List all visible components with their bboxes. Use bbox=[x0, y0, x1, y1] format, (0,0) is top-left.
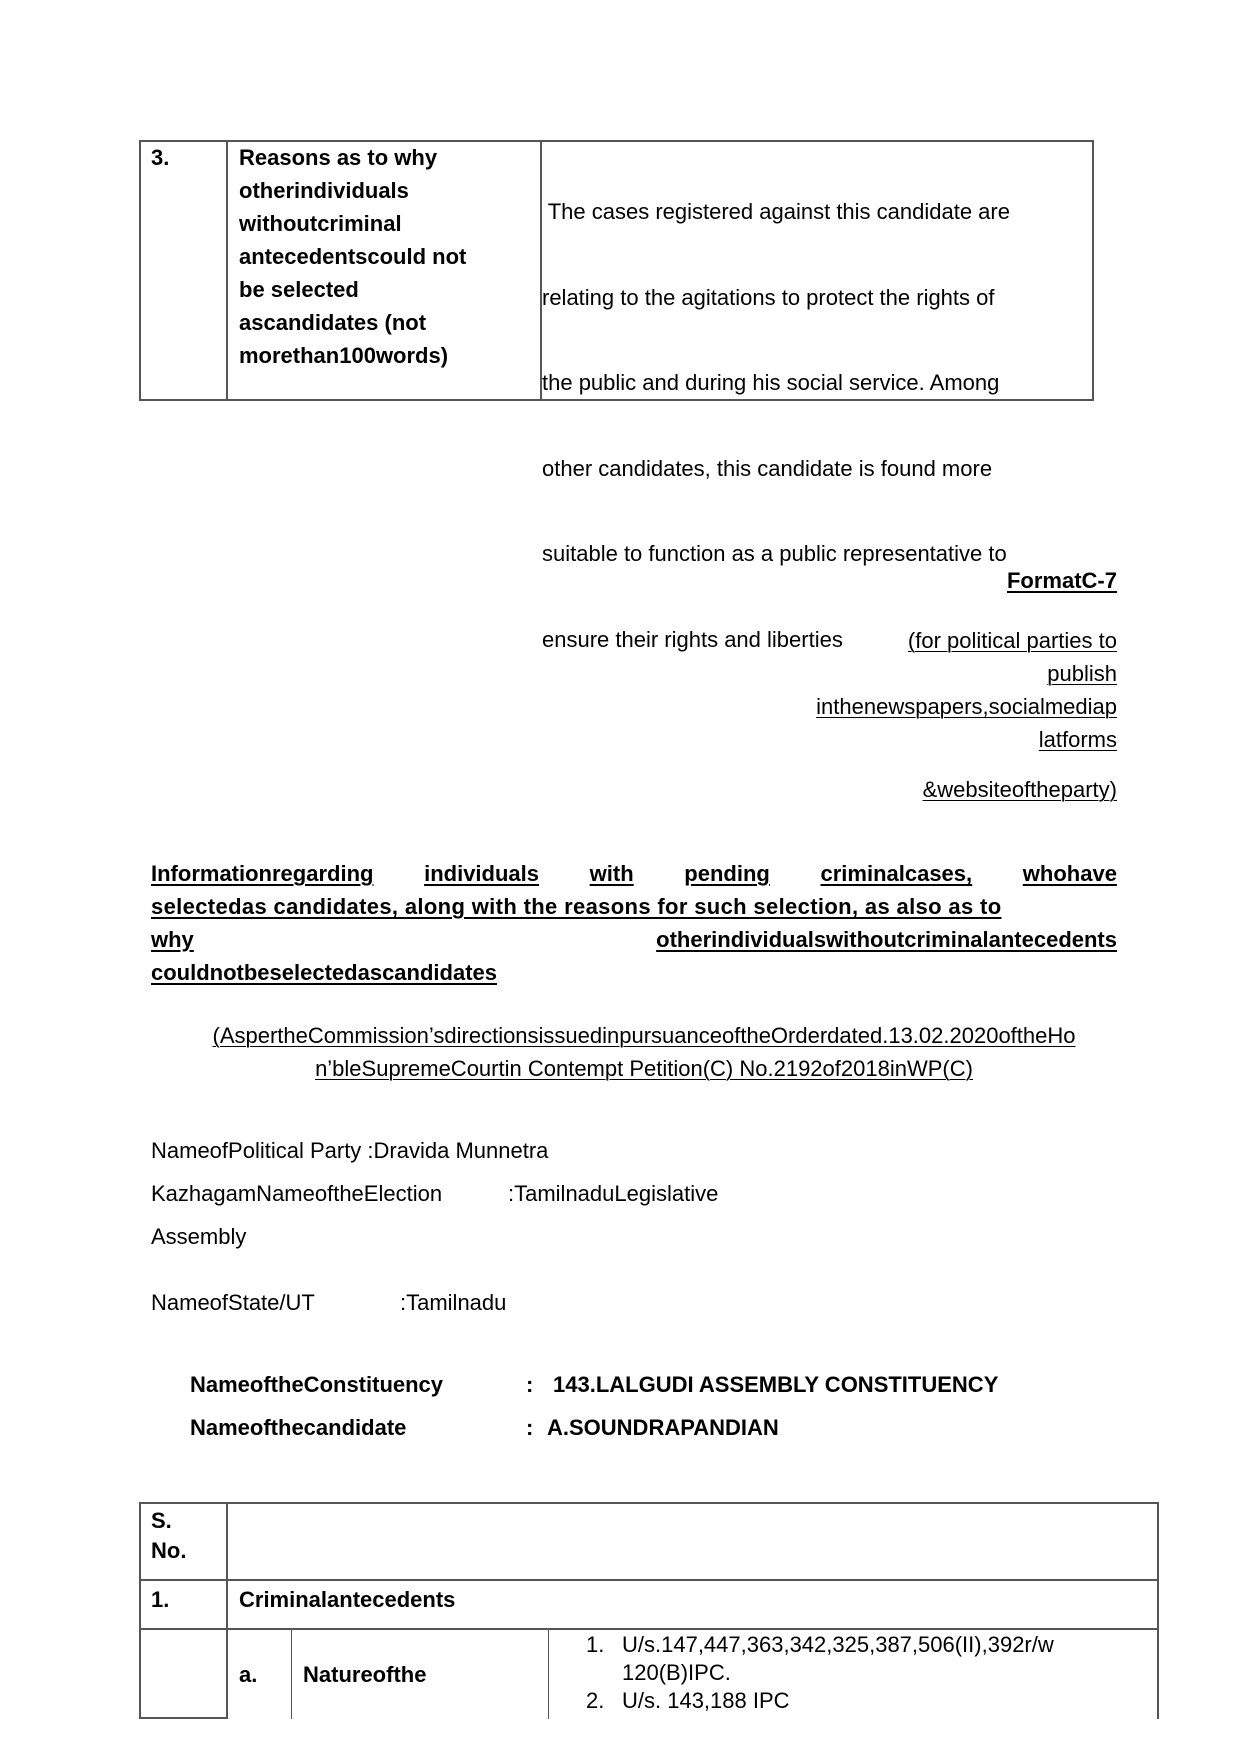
entry-line: U/s. 143,188 IPC bbox=[622, 1687, 1156, 1715]
candidate-separator: : bbox=[526, 1413, 533, 1442]
offence-list: 1. U/s.147,447,363,342,325,387,506(II),3… bbox=[586, 1631, 1156, 1715]
value-line: the public and during his social service… bbox=[542, 369, 1090, 398]
heading-word: with bbox=[590, 857, 634, 890]
section-serial-number: 1. bbox=[151, 1583, 169, 1616]
label-line: antecedentscould not bbox=[239, 240, 534, 273]
label-line: otherindividuals bbox=[239, 174, 534, 207]
label-line: morethan100words) bbox=[239, 339, 534, 372]
election-name-label: KazhagamNameoftheElection bbox=[151, 1179, 442, 1208]
heading-line: selectedas candidates, along with the re… bbox=[151, 890, 1117, 923]
label-line: withoutcriminal bbox=[239, 207, 534, 240]
constituency-label: NameoftheConstituency bbox=[190, 1370, 443, 1399]
value-line: The cases registered against this candid… bbox=[542, 198, 1090, 227]
table-row-divider bbox=[139, 1579, 1159, 1581]
citation-line: n’bleSupremeCourtin Contempt Petition(C)… bbox=[315, 1056, 973, 1081]
label-line: be selected bbox=[239, 273, 534, 306]
entry-line: 120(B)IPC. bbox=[622, 1659, 1156, 1687]
heading-line: Informationregarding individuals with pe… bbox=[151, 857, 1117, 890]
heading-word: Informationregarding bbox=[151, 857, 373, 890]
item-letter: a. bbox=[239, 1658, 257, 1691]
reasons-label: Reasons as to why otherindividuals witho… bbox=[239, 141, 534, 372]
format-subtitle: (for political parties to publish inthen… bbox=[816, 624, 1117, 806]
heading-line: couldnotbeselectedascandidates bbox=[151, 960, 497, 985]
sno-header-line: No. bbox=[151, 1536, 186, 1566]
heading-word: criminalcases, bbox=[820, 857, 972, 890]
table-divider bbox=[548, 1629, 549, 1719]
subtitle-line: (for political parties to bbox=[908, 628, 1117, 653]
heading-word: pending bbox=[684, 857, 770, 890]
label-line: ascandidates (not bbox=[239, 306, 534, 339]
value-line: suitable to function as a public represe… bbox=[542, 540, 1090, 569]
format-title: FormatC-7 bbox=[1007, 568, 1117, 593]
table-border-left bbox=[139, 1502, 141, 1719]
election-name-value: :TamilnaduLegislative bbox=[508, 1179, 718, 1208]
heading-word: individuals bbox=[424, 857, 539, 890]
party-name-line: NameofPolitical Party :Dravida Munnetra bbox=[151, 1136, 548, 1165]
subtitle-line: publish bbox=[1047, 661, 1117, 686]
table-divider bbox=[226, 140, 228, 401]
entry-line: U/s.147,447,363,342,325,387,506(II),392r… bbox=[622, 1631, 1156, 1659]
format-header: FormatC-7 bbox=[1007, 568, 1117, 594]
offence-entry: 2. U/s. 143,188 IPC bbox=[586, 1687, 1156, 1715]
heading-word: otherindividualswithoutcriminalanteceden… bbox=[656, 923, 1117, 956]
heading-word: why bbox=[151, 923, 194, 956]
table-border-left bbox=[139, 140, 141, 401]
table-divider bbox=[291, 1629, 292, 1719]
information-heading: Informationregarding individuals with pe… bbox=[151, 857, 1117, 989]
election-name-continued: Assembly bbox=[151, 1222, 246, 1251]
subtitle-line: latforms bbox=[1039, 727, 1117, 752]
value-line: other candidates, this candidate is foun… bbox=[542, 455, 1090, 484]
candidate-value: A.SOUNDRAPANDIAN bbox=[547, 1413, 779, 1442]
entry-number: 1. bbox=[586, 1631, 604, 1659]
table-row-divider bbox=[139, 1628, 1159, 1630]
table-cell-bottom bbox=[139, 1717, 228, 1719]
state-label: NameofState/UT bbox=[151, 1288, 315, 1317]
label-line: Reasons as to why bbox=[239, 141, 534, 174]
citation-line: (AspertheCommission’sdirectionsissuedinp… bbox=[213, 1023, 1076, 1048]
sno-header-line: S. bbox=[151, 1506, 186, 1536]
subtitle-line: inthenewspapers,socialmediap bbox=[816, 694, 1117, 719]
sno-header: S. No. bbox=[151, 1506, 186, 1566]
constituency-value: 143.LALGUDI ASSEMBLY CONSTITUENCY bbox=[553, 1370, 998, 1399]
table-border-right bbox=[1092, 140, 1094, 401]
candidate-label: Nameofthecandidate bbox=[190, 1413, 406, 1442]
table-divider bbox=[226, 1502, 228, 1719]
table-border-top bbox=[139, 1502, 1159, 1504]
row-serial-number: 3. bbox=[151, 141, 169, 174]
item-label: Natureofthe bbox=[303, 1658, 426, 1691]
state-value: :Tamilnadu bbox=[400, 1288, 506, 1317]
value-line: relating to the agitations to protect th… bbox=[542, 284, 1090, 313]
heading-word: whohave bbox=[1023, 857, 1117, 890]
entry-number: 2. bbox=[586, 1687, 604, 1715]
citation: (AspertheCommission’sdirectionsissuedinp… bbox=[154, 1019, 1134, 1085]
constituency-separator: : bbox=[526, 1370, 533, 1399]
offence-entry: 1. U/s.147,447,363,342,325,387,506(II),3… bbox=[586, 1631, 1156, 1687]
table-border-right bbox=[1157, 1502, 1159, 1719]
subtitle-line: &websiteoftheparty) bbox=[923, 777, 1117, 802]
heading-line: why otherindividualswithoutcriminalantec… bbox=[151, 923, 1117, 956]
section-title: Criminalantecedents bbox=[239, 1583, 455, 1616]
